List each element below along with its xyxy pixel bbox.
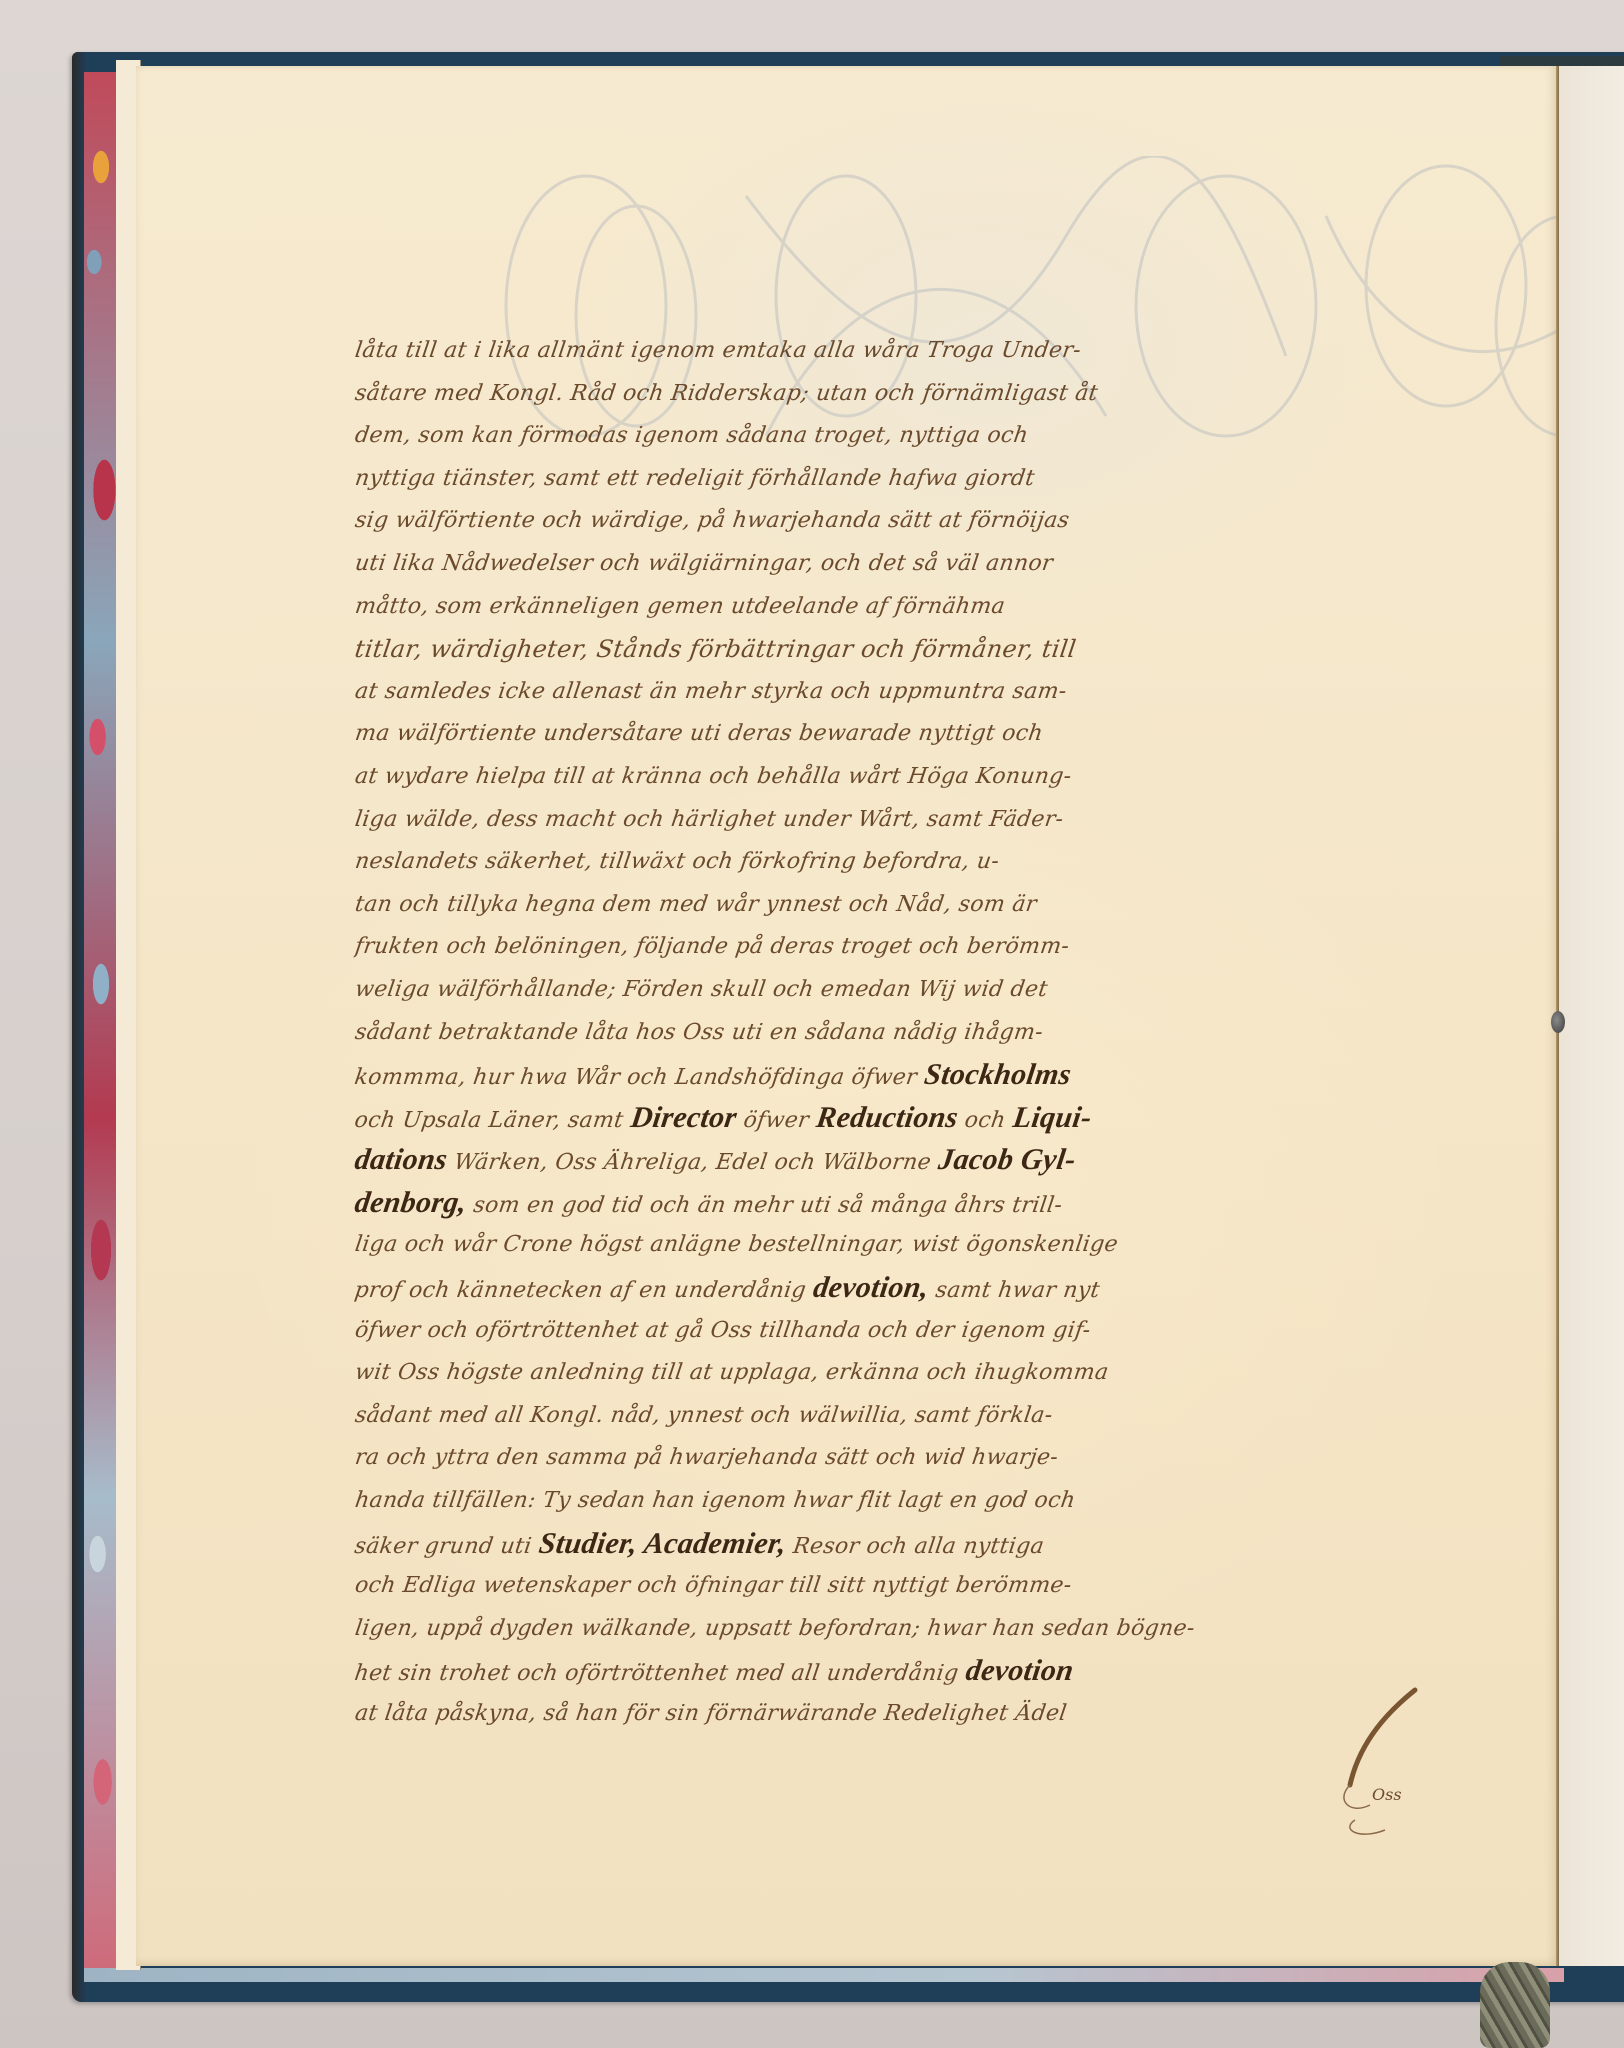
text-line: dem, som kan förmodas igenom sådana trog…	[352, 415, 1438, 458]
text-line: weliga wälförhållande; Förden skull och …	[352, 969, 1438, 1012]
manuscript-text-block: låta till at i lika allmänt igenom emtak…	[352, 330, 1432, 1736]
text-line: at samledes icke allenast än mehr styrka…	[352, 671, 1438, 714]
text-line: ra och yttra den samma på hwarjehanda sä…	[352, 1437, 1438, 1480]
text-line: sådant betraktande låta hos Oss uti en s…	[352, 1012, 1438, 1055]
text-line: het sin trohet och oförtröttenhet med al…	[352, 1650, 1438, 1693]
text-line: liga och wår Crone högst anlägne bestell…	[352, 1224, 1438, 1267]
text-line: liga wälde, dess macht och härlighet und…	[352, 799, 1438, 842]
text-line: och Edliga wetenskaper och öfningar till…	[352, 1565, 1438, 1608]
text-line: uti lika Nådwedelser och wälgiärningar, …	[352, 543, 1438, 586]
emphasized-word: Stockholms	[922, 1058, 1073, 1091]
text-line: ligen, uppå dygden wälkande, uppsatt bef…	[352, 1608, 1438, 1651]
text-line: dations Wärken, Oss Ähreliga, Edel och W…	[352, 1139, 1438, 1182]
bookmark-cord	[1480, 1962, 1550, 2048]
catchword: Oss	[1372, 1785, 1402, 1804]
facing-page-edge	[1559, 66, 1624, 1966]
emphasized-word: Studier, Academier,	[537, 1527, 789, 1560]
text-line: wit Oss högste anledning till at upplaga…	[352, 1352, 1438, 1395]
text-line: sådant med all Kongl. nåd, ynnest och wä…	[352, 1395, 1438, 1438]
text-line: prof och kännetecken af en underdånig de…	[352, 1267, 1438, 1310]
emphasized-word: Director	[629, 1101, 739, 1134]
emphasized-name: denborg,	[353, 1186, 469, 1219]
text-line: handa tillfällen: Ty sedan han igenom hw…	[352, 1480, 1438, 1523]
text-line: kommma, hur hwa Wår och Landshöfdinga öf…	[352, 1054, 1438, 1097]
text-line: sig wälförtiente och wärdige, på hwarjeh…	[352, 500, 1438, 543]
text-line: tan och tillyka hegna dem med wår ynnest…	[352, 884, 1438, 927]
catchword-flourish: Oss	[1330, 1680, 1450, 1840]
text-line: säker grund uti Studier, Academier, Reso…	[352, 1523, 1438, 1566]
text-line: såtare med Kongl. Råd och Ridderskap; ut…	[352, 373, 1438, 416]
text-line: och Upsala Läner, samt Director öfwer Re…	[352, 1097, 1438, 1140]
text-line: at låta påskyna, så han för sin förnärwä…	[352, 1693, 1438, 1736]
marbled-endpaper	[84, 72, 118, 1972]
text-line: ma wälförtiente undersåtare uti deras be…	[352, 713, 1438, 756]
emphasized-word: Reductions	[814, 1101, 960, 1134]
text-line: frukten och belöningen, följande på dera…	[352, 926, 1438, 969]
text-line: nyttiga tiänster, samt ett redeligit för…	[352, 458, 1438, 501]
emphasized-name: Jacob Gyl-	[936, 1143, 1078, 1176]
text-line: at wydare hielpa till at kränna och behå…	[352, 756, 1438, 799]
text-line: neslandets säkerhet, tillwäxt och förkof…	[352, 841, 1438, 884]
emphasized-word: devotion	[964, 1654, 1076, 1687]
emphasized-word: Liqui-	[1011, 1101, 1094, 1134]
text-line: denborg, som en god tid och än mehr uti …	[352, 1182, 1438, 1225]
emphasized-word: dations	[353, 1143, 450, 1176]
binding-clasp-icon	[1551, 1011, 1565, 1033]
emphasized-word: devotion,	[811, 1271, 931, 1304]
text-line: måtto, som erkänneligen gemen utdeelande…	[352, 586, 1438, 629]
text-line: öfwer och oförtröttenhet at gå Oss tillh…	[352, 1310, 1438, 1353]
text-line: låta till at i lika allmänt igenom emtak…	[352, 330, 1438, 373]
marbled-endpaper-bottom	[84, 1968, 1564, 1982]
text-line: titlar, wärdigheter, Stånds förbättringa…	[352, 628, 1438, 671]
